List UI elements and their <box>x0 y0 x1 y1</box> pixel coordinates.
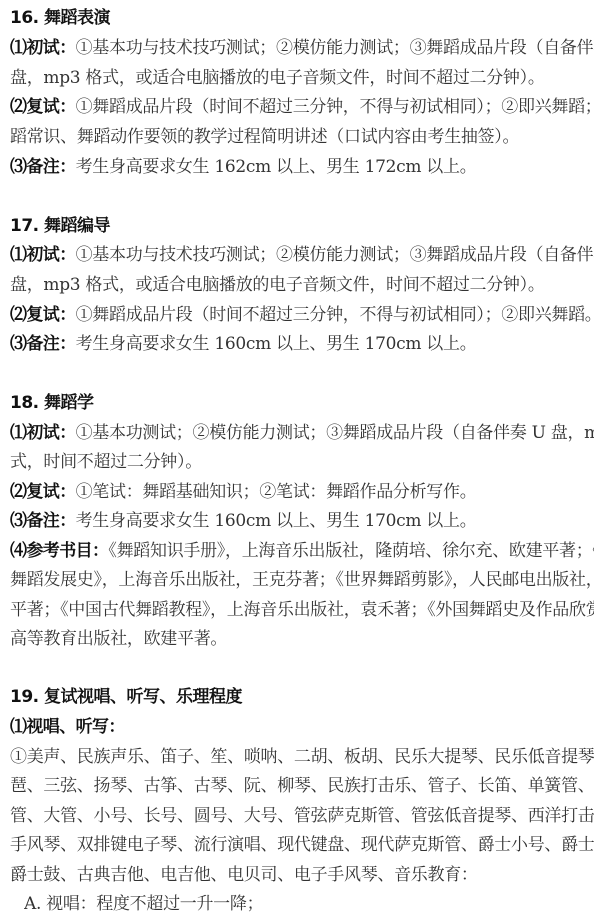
note-label: ⑶备注： <box>10 334 76 354</box>
section-17-note: ⑶备注：考生身高要求女生 160cm 以上、男生 170cm 以上。 <box>10 329 594 359</box>
preliminary-label: ⑴初试： <box>10 245 76 265</box>
section-18-note: ⑶备注：考生身高要求女生 160cm 以上、男生 170cm 以上。 <box>10 506 594 536</box>
retest-text: ①舞蹈成品片段（时间不超过三分钟，不得与初试相同）；②即兴舞蹈。 <box>76 305 594 325</box>
preliminary-text-cont: 盘，mp3 格式，或适合电脑播放的电子音频文件，时间不超过二分钟）。 <box>10 270 594 300</box>
preliminary-label: ⑴初试： <box>10 38 76 58</box>
majors-list-line: 管、大管、小号、长号、圆号、大号、管弦萨克斯管、管弦低音提琴、西洋打击乐、 <box>10 801 594 831</box>
section-19-sight-singing: ⑴视唱、听写： <box>10 712 594 742</box>
retest-label: ⑵复试： <box>10 305 76 325</box>
section-heading-18: 18. 舞蹈学 <box>10 388 594 418</box>
retest-text-cont: 蹈常识、舞蹈动作要领的教学过程简明讲述（口试内容由考生抽签）。 <box>10 122 594 152</box>
majors-list-line: 爵士鼓、古典吉他、电吉他、电贝司、电子手风琴、音乐教育： <box>10 860 594 890</box>
references-label: ⑷参考书目： <box>10 541 108 561</box>
note-label: ⑶备注： <box>10 157 76 177</box>
references-text-cont: 高等教育出版社，欧建平著。 <box>10 624 594 654</box>
section-heading-17: 17. 舞蹈编导 <box>10 211 594 241</box>
preliminary-text-cont: 式，时间不超过二分钟）。 <box>10 447 594 477</box>
section-heading-19: 19. 复试视唱、听写、乐理程度 <box>10 682 594 712</box>
section-16-note: ⑶备注：考生身高要求女生 162cm 以上、男生 172cm 以上。 <box>10 152 594 182</box>
references-text: 《舞蹈知识手册》，上海音乐出版社，隆荫培、徐尔充、欧建平著；《中国 <box>108 541 594 561</box>
preliminary-text: ①基本功与技术技巧测试；②模仿能力测试；③舞蹈成品片段（自备伴奏 U <box>76 38 594 58</box>
retest-text: ①笔试：舞蹈基础知识；②笔试：舞蹈作品分析写作。 <box>76 482 477 502</box>
section-17-retest: ⑵复试：①舞蹈成品片段（时间不超过三分钟，不得与初试相同）；②即兴舞蹈。 <box>10 300 594 330</box>
document-page: 16. 舞蹈表演 ⑴初试：①基本功与技术技巧测试；②模仿能力测试；③舞蹈成品片段… <box>0 0 598 916</box>
note-text: 考生身高要求女生 162cm 以上、男生 172cm 以上。 <box>76 157 477 177</box>
retest-text: ①舞蹈成品片段（时间不超过三分钟，不得与初试相同）；②即兴舞蹈；③舞 <box>76 97 594 117</box>
note-text: 考生身高要求女生 160cm 以上、男生 170cm 以上。 <box>76 334 477 354</box>
section-heading-16: 16. 舞蹈表演 <box>10 3 594 33</box>
note-text: 考生身高要求女生 160cm 以上、男生 170cm 以上。 <box>76 511 477 531</box>
sight-singing-level: A. 视唱：程度不超过一升一降； <box>24 889 598 916</box>
section-17-preliminary: ⑴初试：①基本功与技术技巧测试；②模仿能力测试；③舞蹈成品片段（自备伴奏 U <box>10 240 594 270</box>
majors-list-line: ①美声、民族声乐、笛子、笙、唢呐、二胡、板胡、民乐大提琴、民乐低音提琴、琵 <box>10 742 594 772</box>
sight-singing-label: ⑴视唱、听写： <box>10 717 125 737</box>
section-18-retest: ⑵复试：①笔试：舞蹈基础知识；②笔试：舞蹈作品分析写作。 <box>10 477 594 507</box>
preliminary-text-cont: 盘，mp3 格式，或适合电脑播放的电子音频文件，时间不超过二分钟）。 <box>10 63 594 93</box>
references-text-cont: 平著；《中国古代舞蹈教程》，上海音乐出版社，袁禾著；《外国舞蹈史及作品欣赏》， <box>10 595 594 625</box>
majors-list-line: 手风琴、双排键电子琴、流行演唱、现代键盘、现代萨克斯管、爵士小号、爵士长号、 <box>10 830 594 860</box>
retest-label: ⑵复试： <box>10 482 76 502</box>
preliminary-text: ①基本功测试；②模仿能力测试；③舞蹈成品片段（自备伴奏 U 盘，mp3 格 <box>76 423 594 443</box>
preliminary-label: ⑴初试： <box>10 423 76 443</box>
references-text-cont: 舞蹈发展史》，上海音乐出版社，王克芬著；《世界舞蹈剪影》，人民邮电出版社，欧建 <box>10 565 594 595</box>
section-16-retest: ⑵复试：①舞蹈成品片段（时间不超过三分钟，不得与初试相同）；②即兴舞蹈；③舞 <box>10 92 594 122</box>
section-18-preliminary: ⑴初试：①基本功测试；②模仿能力测试；③舞蹈成品片段（自备伴奏 U 盘，mp3 … <box>10 418 594 448</box>
majors-list-line: 琶、三弦、扬琴、古筝、古琴、阮、柳琴、民族打击乐、管子、长笛、单簧管、双簧 <box>10 771 594 801</box>
note-label: ⑶备注： <box>10 511 76 531</box>
preliminary-text: ①基本功与技术技巧测试；②模仿能力测试；③舞蹈成品片段（自备伴奏 U <box>76 245 594 265</box>
retest-label: ⑵复试： <box>10 97 76 117</box>
section-18-references: ⑷参考书目：《舞蹈知识手册》，上海音乐出版社，隆荫培、徐尔充、欧建平著；《中国 <box>10 536 594 566</box>
section-16-preliminary: ⑴初试：①基本功与技术技巧测试；②模仿能力测试；③舞蹈成品片段（自备伴奏 U <box>10 33 594 63</box>
